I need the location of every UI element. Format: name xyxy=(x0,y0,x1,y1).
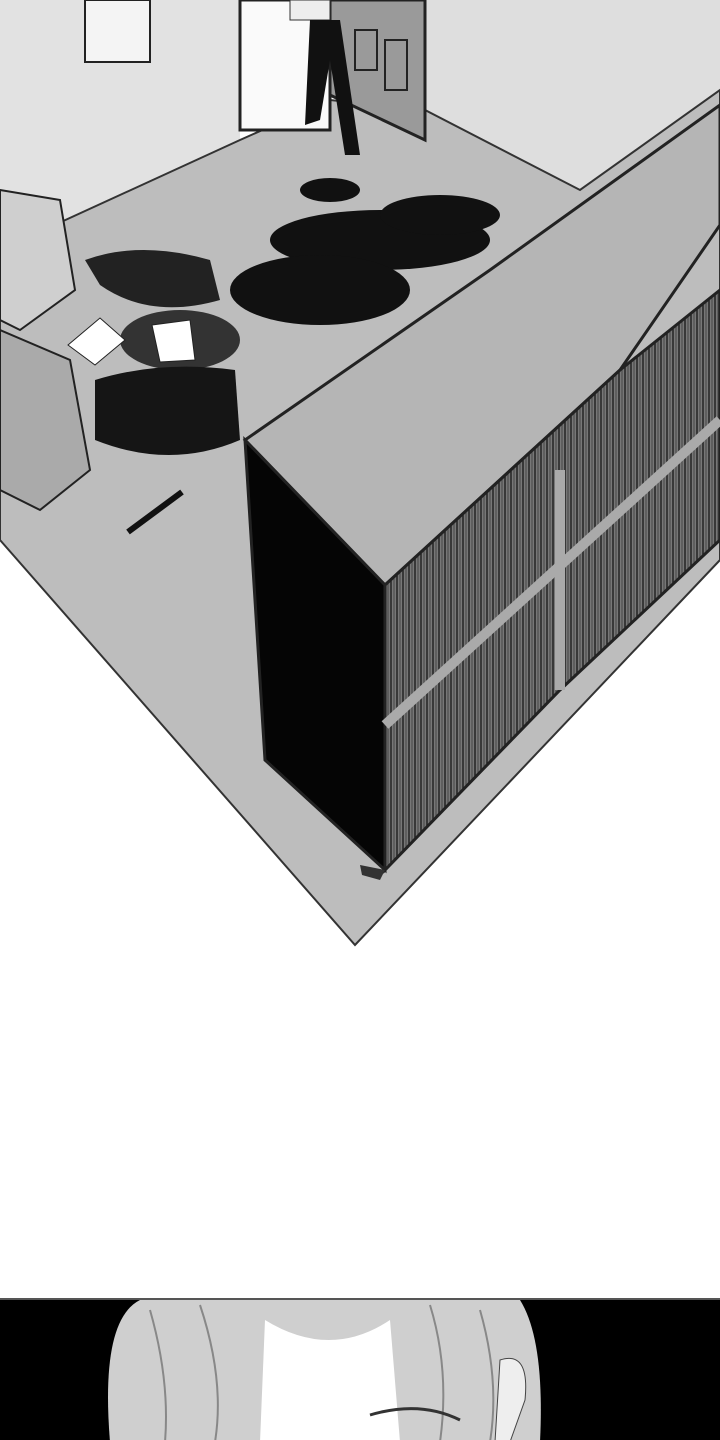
room-illustration xyxy=(0,0,720,960)
figure-shirt xyxy=(290,0,330,20)
panel-room-scene xyxy=(0,0,720,960)
face-illustration xyxy=(0,1300,720,1440)
panel-face-closeup xyxy=(0,1298,720,1440)
paper-2 xyxy=(152,320,195,362)
jacket xyxy=(95,367,240,455)
calendar xyxy=(85,0,150,62)
